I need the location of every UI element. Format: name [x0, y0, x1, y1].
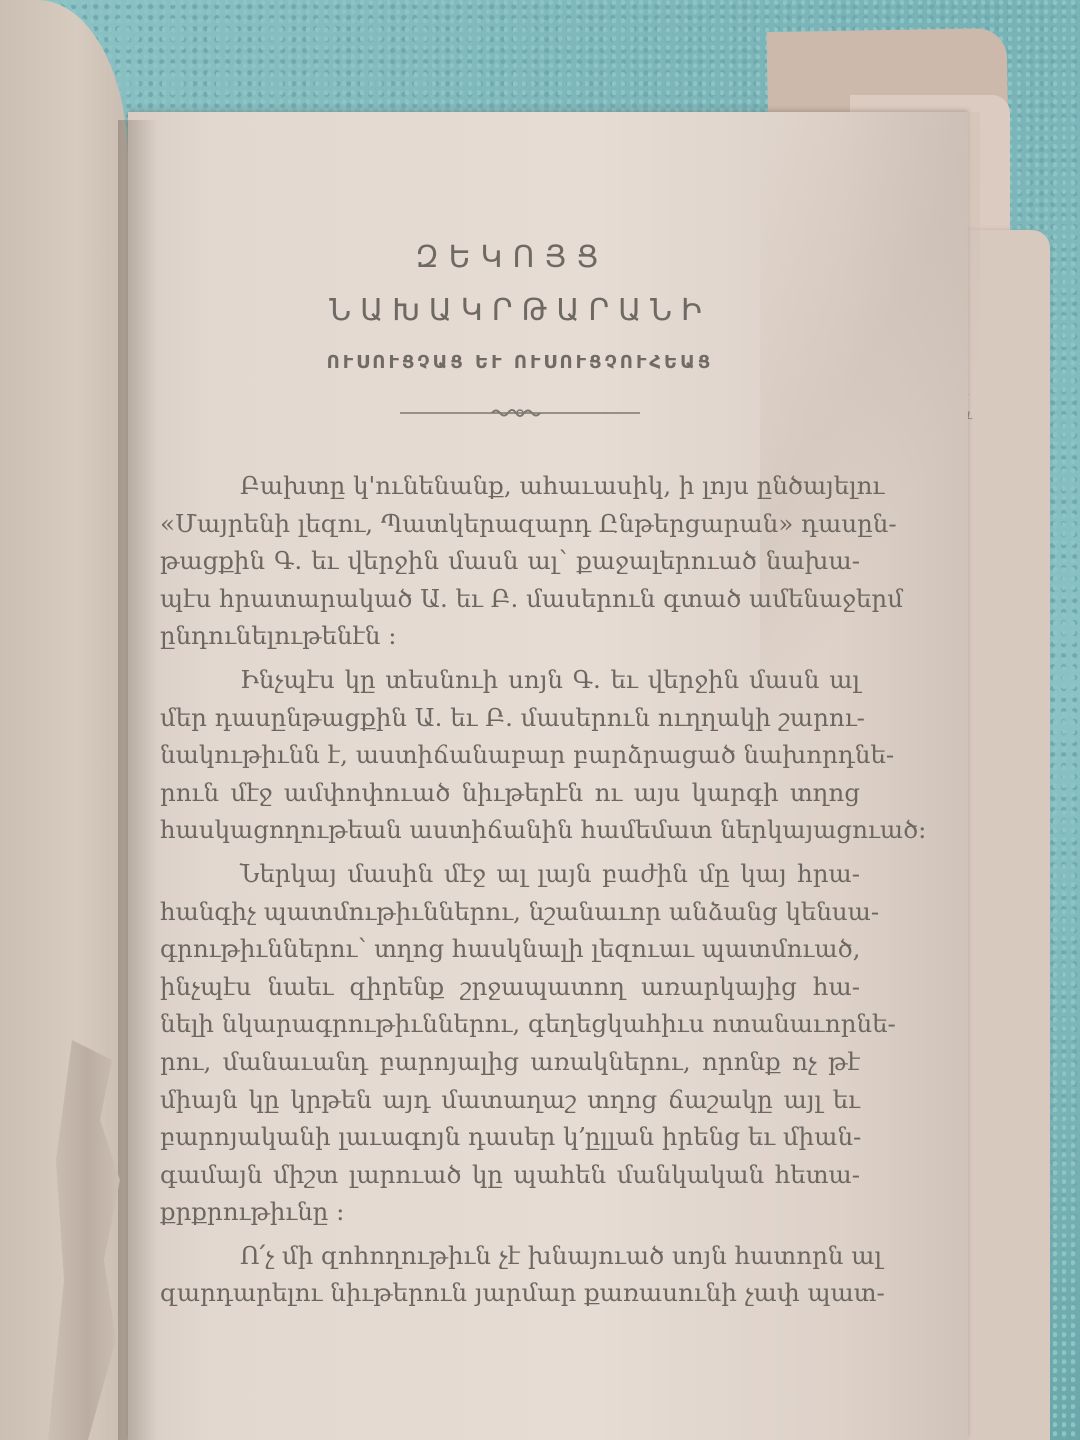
- text-line: մեր դասընթացքին Ա. եւ Բ. մասերուն ուղղակ…: [160, 699, 860, 737]
- text-line: նակութիւնն է, աստիճանաբար բարձրացած նախո…: [160, 736, 860, 774]
- ornamental-divider: [160, 407, 880, 419]
- paragraph-1: Բախտը կ'ունենանք, ահաւասիկ, ի լոյս ընծայ…: [160, 467, 860, 655]
- text-line: բարոյականի լաւագոյն դասեր կ՚ըլլան իրենց …: [160, 1118, 860, 1156]
- gutter-shadow: [118, 120, 158, 1440]
- text-line: րու, մանաւանդ բարոյալից առակներու, որոնք…: [160, 1043, 860, 1081]
- text-line: Բախտը կ'ունենանք, ահաւասիկ, ի լոյս ընծայ…: [160, 467, 860, 505]
- paragraph-3: Ներկայ մասին մէջ ալ լայն բաժին մը կայ հր…: [160, 855, 860, 1231]
- text-line: հանգիչ պատմութիւններու, նշանաւոր անձանց …: [160, 893, 860, 931]
- text-line: հասկացողութեան աստիճանին համեմատ ներկայա…: [160, 811, 860, 849]
- text-line: նելի նկարագրութիւններու, գեղեցկահիւս ոտա…: [160, 1005, 860, 1043]
- text-line: քրքրութիւնը :: [160, 1193, 860, 1231]
- text-line: պէս հրատարակած Ա. եւ Բ. մասերուն գտած ամ…: [160, 580, 860, 618]
- paragraph-2: Ինչպէս կը տեսնուի սոյն Գ. եւ վերջին մասն…: [160, 661, 860, 849]
- text-line: գամայն միշտ լարուած կը պահեն մանկական հե…: [160, 1156, 860, 1194]
- text-line: թացքին Գ. եւ վերջին մասն ալ՝ քաջալերուած…: [160, 542, 860, 580]
- text-line: Ներկայ մասին մէջ ալ լայն բաժին մը կայ հր…: [160, 855, 860, 893]
- text-line: Ինչպէս կը տեսնուի սոյն Գ. եւ վերջին մասն…: [160, 661, 860, 699]
- page-subtitle: ՆԱԽԱԿՐԹԱՐԱՆԻ: [160, 293, 880, 328]
- ornament-icon: [400, 407, 640, 419]
- text-line: միայն կը կրթեն այդ մատաղաշ տղոց ճաշակը ա…: [160, 1081, 860, 1119]
- text-line: Ո՛չ մի զոհողութիւն չէ խնայուած սոյն հատո…: [160, 1237, 860, 1275]
- page-audience-heading: ՈՒՍՈՒՑՉԱՑ ԵՒ ՈՒՍՈՒՑՉՈՒՀԵԱՑ: [160, 352, 880, 373]
- text-line: րուն մէջ ամփոփուած նիւթերէն ու այս կարգի…: [160, 774, 860, 812]
- text-line: «Մայրենի լեզու, Պատկերազարդ Ընթերցարան» …: [160, 505, 860, 543]
- body-text: Բախտը կ'ունենանք, ահաւասիկ, ի լոյս ընծայ…: [160, 467, 860, 1312]
- paragraph-4: Ո՛չ մի զոհողութիւն չէ խնայուած սոյն հատո…: [160, 1237, 860, 1312]
- text-line: ընդունելութենէն :: [160, 617, 860, 655]
- page-title: ԶԵԿՈՅՑ: [152, 240, 872, 275]
- text-line: գրութիւններու՝ տղոց հասկնալի լեզուաւ պատ…: [160, 930, 860, 968]
- page-text: ԶԵԿՈՅՑ ՆԱԽԱԿՐԹԱՐԱՆԻ ՈՒՍՈՒՑՉԱՑ ԵՒ ՈՒՍՈՒՑՉ…: [160, 240, 960, 1312]
- text-line: զարդարելու նիւթերուն յարմար քառասունի չա…: [160, 1274, 860, 1312]
- text-line: ինչպէս նաեւ զիրենք շրջապատող առարկայից հ…: [160, 968, 860, 1006]
